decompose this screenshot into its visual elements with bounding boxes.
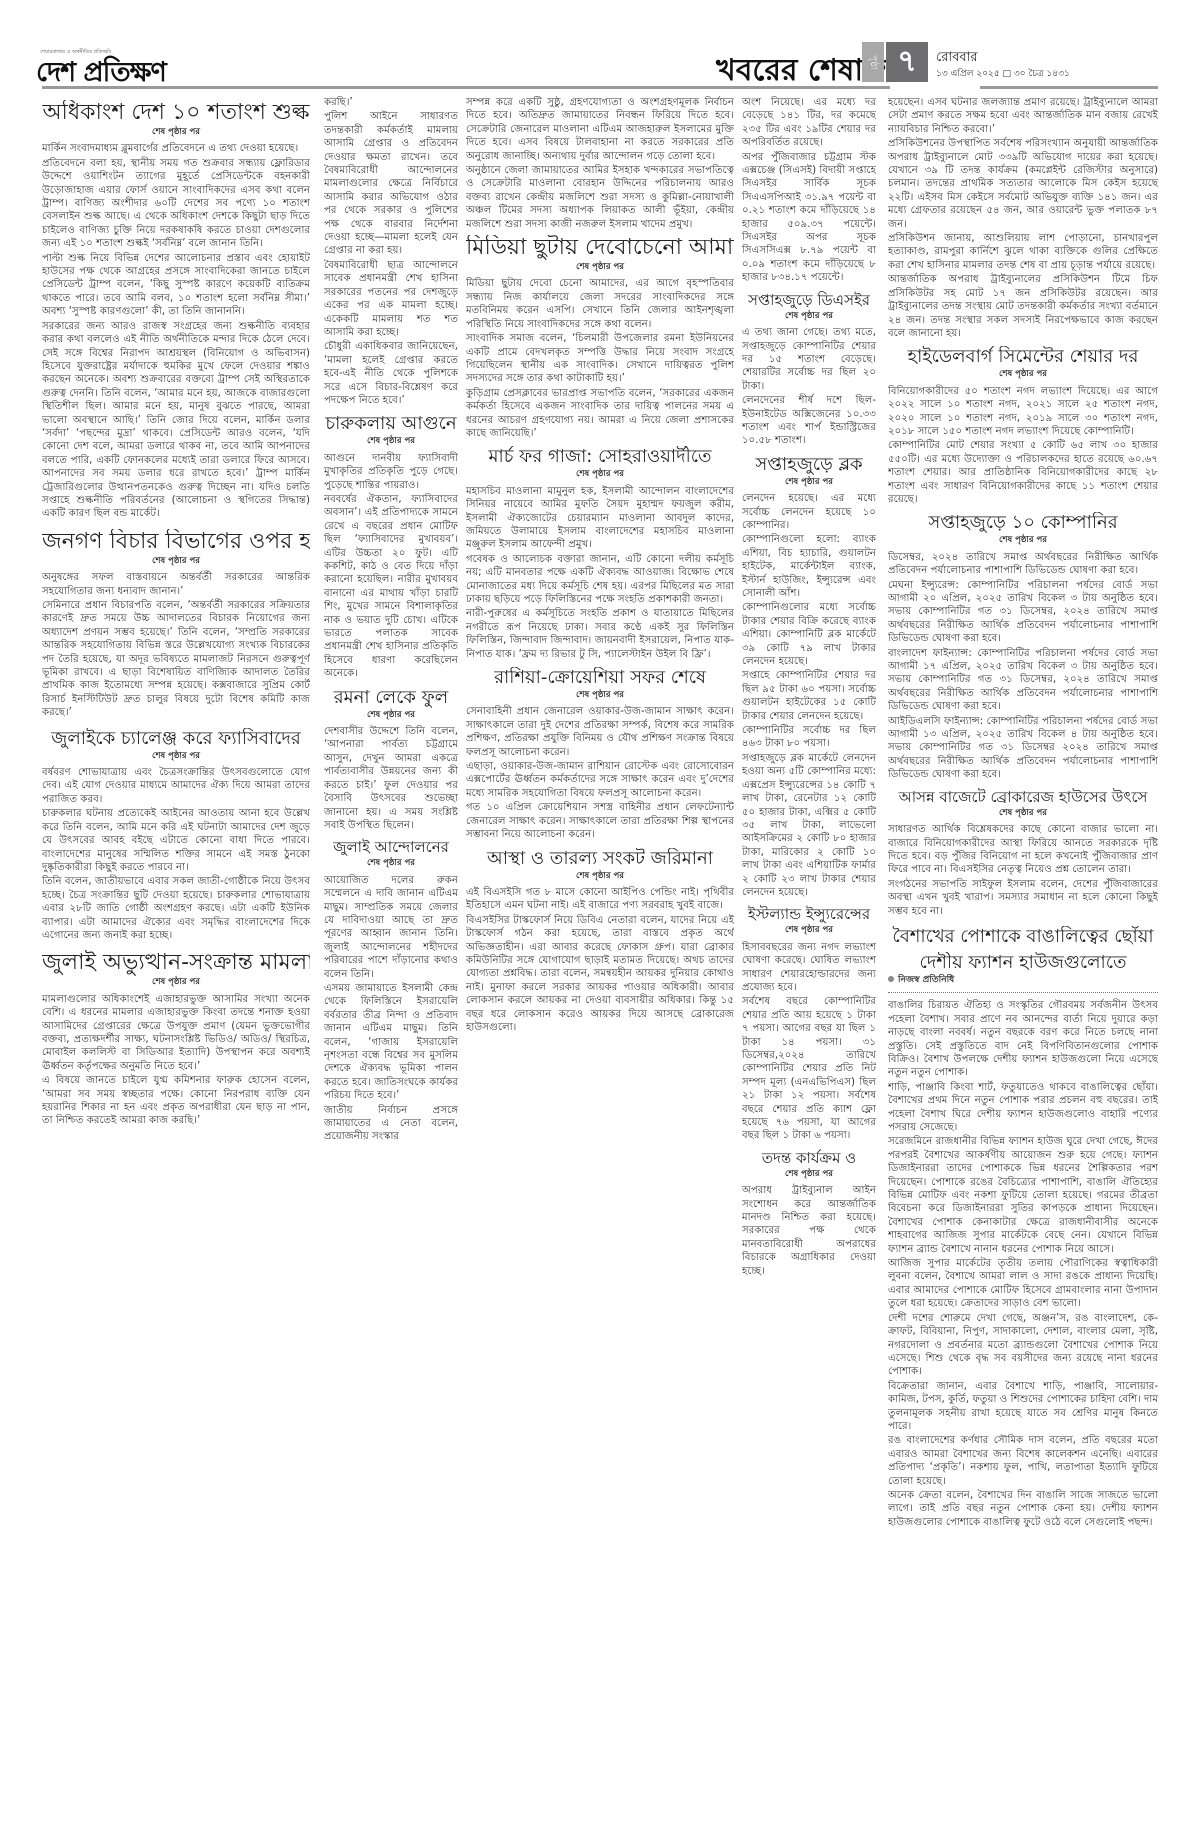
page-label: পৃষ্ঠা: [862, 42, 884, 82]
paragraph: প্রসিকিউশন জানায়, আশুলিয়ায় লাশ পোড়ান…: [888, 232, 1158, 272]
paragraph: সরেজমিনে রাজধানীর বিভিন্ন ফ্যাশন হাউজ ঘু…: [888, 1135, 1158, 1256]
continued-label: শেষ পৃষ্ঠার পর: [466, 468, 734, 481]
paragraph: সাংবাদিক সমাজ বলেন, ‘চিলমারী উপজেলার রমন…: [466, 332, 734, 386]
paragraph: মার্কিন সংবাদমাধ্যম ব্লুমবার্গের প্রতিবে…: [42, 142, 310, 155]
paragraph: মিডিয়া ছুটায় দেবো চেনো আমাদের, এর আগে …: [466, 277, 734, 331]
paragraph: সপ্তাহে কোম্পানিটির শেয়ার দর ছিল ৯৫ টাক…: [742, 669, 876, 723]
page-number: ৭: [886, 42, 928, 82]
column-5: হয়েছেন। এসব ঘটনার জলজ্যান্ত প্রমাণ রয়ে…: [888, 96, 1158, 1826]
headline-eastland[interactable]: ইস্টল্যান্ড ইন্স্যুরেন্সের: [742, 905, 876, 924]
byline-text: নিজস্ব প্রতিনিধি: [898, 975, 954, 985]
paragraph: অনেক ক্রেতা বলেন, বৈশাখের দিন বাঙালি সাজ…: [888, 1489, 1158, 1529]
article-confidence-crisis: আস্থা ও তারল্য সংকট জরিমানা শেষ পৃষ্ঠার …: [466, 848, 734, 1035]
paragraph: বিএসইসির টাস্কফোর্স নিয়ে ডিবিএ নেতারা ব…: [466, 914, 734, 1035]
paragraph: ডিসেম্বর, ২০২৪ তারিখে সমাপ্ত অর্থবছরের ন…: [888, 551, 1158, 578]
headline-fascism-challenge[interactable]: জুলাইকে চ্যালেঞ্জ করে ফ্যাসিবাদের: [42, 728, 310, 750]
paragraph: প্রতিবেদনে বলা হয়, স্থানীয় সময় গত শুক…: [42, 157, 310, 251]
paragraph: মামলাগুলোর অধিকাংশেই এজাহারভুক্ত আসামির …: [42, 993, 310, 1073]
article-block-market: সপ্তাহজুড়ে ব্লক শেষ পৃষ্ঠার পর লেনদেন হ…: [742, 454, 876, 900]
continued-label: শেষ পৃষ্ঠার পর: [742, 1168, 876, 1181]
paragraph: পাল্টা শুল্ক নিয়ে বিভিন্ন দেশের আলোচনার…: [42, 252, 310, 319]
paragraph: বাঙালির চিরায়ত ঐতিহ্য ও সংস্কৃতির গৌরবম…: [888, 999, 1158, 1079]
bullet-icon: [888, 976, 894, 982]
paragraph: অংশ নিয়েছে। এর মধ্যে দর বেড়েছে ১৪১ টির…: [742, 96, 876, 150]
paragraph: সপ্তাহজুড়ে ব্লক মার্কেটে লেনদেন হওয়া অ…: [742, 752, 876, 899]
paragraph: কোম্পানিগুলোর মধ্যে সর্বোচ্চ টাকার শেয়া…: [742, 601, 876, 668]
paragraph: চৌধুরী একাধিকবার জানিয়েছেন, ‘মামলা হলেই…: [324, 340, 458, 407]
article-heidelberg: হাইডেলবার্গ সিমেন্টের শেয়ার দর শেষ পৃষ্…: [888, 346, 1158, 506]
newspaper-logo[interactable]: দেশ প্রতিক্ষণ: [36, 52, 166, 97]
continued-label: শেষ পৃষ্ঠার পর: [888, 807, 1158, 820]
paragraph: অনুষ্ঠানে জেলা জামায়াতের আমির ইসহাক খন্…: [466, 164, 734, 231]
continued-label: শেষ পৃষ্ঠার পর: [466, 261, 734, 274]
paragraph: এসময় জামায়াতে ইসলামী কেন্দ্র থেকে ফিলি…: [324, 982, 458, 1103]
paragraph: গত ১০ এপ্রিল ক্রোয়েশিয়ান সশস্ত্র বাহিন…: [466, 801, 734, 841]
headline-july-uprising-cases[interactable]: জুলাই অভ্যুত্থান-সংক্রান্ত মামলায়: [42, 950, 310, 976]
paragraph: সংগঠনের সভাপতি সাইফুল ইসলাম বলেন, দেশের …: [888, 878, 1158, 918]
paragraph: প্রসিকিউশনের উপস্থাপিত সর্বশেষ পরিসংখ্যা…: [888, 137, 1158, 231]
article-tariff: অধিকাংশ দেশ ১০ শতাংশ শুল্ক শেষ পৃষ্ঠার প…: [42, 100, 310, 521]
paragraph: তিনি বলেন, জাতীয়ভাবে এবার সকল জাতী-গোষ্…: [42, 875, 310, 942]
headline-fashion-line2[interactable]: দেশীয় ফ্যাশন হাউজগুলোতে: [888, 952, 1158, 974]
paragraph: সর্বশেষ বছরে কোম্পানিটির শেয়ার প্রতি আয…: [742, 995, 876, 1142]
headline-ramna[interactable]: রমনা লেকে ফুল: [324, 687, 458, 709]
paragraph: নারী-পুরুষের এ কর্মসূচিতে সংহতি প্রকাশ ও…: [466, 607, 734, 661]
date: ১৩ এপ্রিল ২০২৫ □ ৩০ চৈত্র ১৪৩১: [936, 66, 1070, 81]
continued-label: শেষ পৃষ্ঠার পর: [42, 976, 310, 989]
paragraph: বিক্রেতারা জানান, এবার বৈশাখে শাড়ি, পাঞ…: [888, 1380, 1158, 1434]
paragraph: অপর পুঁজিবাজার চট্টগ্রাম স্টক এক্সচেঞ্জ …: [742, 151, 876, 285]
paragraph: নববর্ষের ঐকতান, ফ্যাসিবাদের অবসান’। এই প…: [324, 493, 458, 681]
article-eastland: ইস্টল্যান্ড ইন্স্যুরেন্সের শেষ পৃষ্ঠার প…: [742, 905, 876, 1143]
continued-label: শেষ পৃষ্ঠার পর: [324, 857, 458, 870]
article-charukola: চারুকলায় আগুনে শেষ পৃষ্ঠার পর আগুনে দান…: [324, 413, 458, 680]
continued-label: শেষ পৃষ্ঠার পর: [888, 534, 1158, 547]
article-july-movement: জুলাই আন্দোলনের শেষ পৃষ্ঠার পর আয়োজিত দ…: [324, 838, 458, 1144]
column-4: অংশ নিয়েছে। এর মধ্যে দর বেড়েছে ১৪১ টির…: [742, 96, 876, 1826]
paragraph: বর্ষবরণ শোভাযাত্রায় এবং চৈত্রসংক্রান্তি…: [42, 766, 310, 806]
headline-judiciary[interactable]: জনগণ বিচার বিভাগের ওপর হারানো: [42, 529, 310, 555]
continued-label: শেষ পৃষ্ঠার পর: [888, 368, 1158, 381]
headline-heidelberg[interactable]: হাইডেলবার্গ সিমেন্টের শেয়ার দর: [888, 346, 1158, 368]
paragraph: বৈষম্যবিরোধী ছাত্র আন্দোলনে সাবেক প্রধান…: [324, 259, 458, 339]
headline-dse-weekly[interactable]: সপ্তাহজুড়ে ডিএসইর: [742, 291, 876, 310]
paragraph: কোম্পানিটির মোট শেয়ার সংখ্যা ৫ কোটি ৬৫ …: [888, 439, 1158, 506]
paragraph: আগুনে দানবীয় ফ্যাসিবাদী মুখাকৃতির প্রতি…: [324, 452, 458, 492]
headline-investigation[interactable]: তদন্ত কার্যক্রম ও: [742, 1149, 876, 1168]
paragraph: কোম্পানিটির সর্বোচ্চ দর ছিল ৪৬৩ টাকা ৮০ …: [742, 724, 876, 751]
paragraph: মেঘনা ইন্স্যুরেন্স: কোম্পানিটির পরিচালনা…: [888, 579, 1158, 646]
paragraph: বাংলাদেশ ফাইন্যান্স: কোম্পানিটির পরিচালন…: [888, 647, 1158, 714]
article-media: মিডিয়া ছুটায় দেবোচেনো আমাদের শেষ পৃষ্ঠ…: [466, 235, 734, 440]
paragraph: হয়েছেন। এসব ঘটনার জলজ্যান্ত প্রমাণ রয়ে…: [888, 96, 1158, 136]
article-dse-weekly: সপ্তাহজুড়ে ডিএসইর শেষ পৃষ্ঠার পর এ তথ্য…: [742, 291, 876, 448]
paragraph: চারুকলার ঘটনায় প্রত্যেকেই আইনের আওতায় …: [42, 807, 310, 874]
headline-charukola[interactable]: চারুকলায় আগুনে: [324, 413, 458, 435]
paragraph: গবেষক ও আলোচক বক্তারা জানান, এটি কোনো দল…: [466, 553, 734, 607]
continued-label: শেষ পৃষ্ঠার পর: [42, 555, 310, 568]
continued-label: শেষ পৃষ্ঠার পর: [742, 310, 876, 323]
headline-confidence-crisis[interactable]: আস্থা ও তারল্য সংকট জরিমানা: [466, 848, 734, 870]
column-3: সম্পন্ন করে একটি সুষ্ঠু, গ্রহণযোগ্যতা ও …: [466, 96, 734, 1826]
continued-label: শেষ পৃষ্ঠার পর: [324, 435, 458, 448]
paragraph: শাড়ি, পাঞ্জাবি কিংবা শার্ট, ফতুয়াতেও থ…: [888, 1081, 1158, 1135]
paragraph: সম্পন্ন করে একটি সুষ্ঠু, গ্রহণযোগ্যতা ও …: [466, 96, 734, 163]
headline-russia-croatia[interactable]: রাশিয়া-ক্রোয়েশিয়া সফর শেষে: [466, 667, 734, 689]
article-russia-croatia: রাশিয়া-ক্রোয়েশিয়া সফর শেষে শেষ পৃষ্ঠা…: [466, 667, 734, 841]
article-ten-companies: সপ্তাহজুড়ে ১০ কোম্পানির শেষ পৃষ্ঠার পর …: [888, 512, 1158, 781]
paragraph: সাধারণত আর্থিক বিশ্লেষকদের কাছে কোনো বাজ…: [888, 823, 1158, 877]
continued-label: শেষ পৃষ্ঠার পর: [42, 750, 310, 763]
headline-block-market[interactable]: সপ্তাহজুড়ে ব্লক: [742, 454, 876, 476]
paragraph: রঙ বাংলাদেশের কর্ণধার সৌমিক দাস বলেন, প্…: [888, 1434, 1158, 1488]
continued-label: শেষ পৃষ্ঠার পর: [466, 689, 734, 702]
paragraph: আয়োজিত দলের রুকন সম্মেলনে এ দাবি জানান …: [324, 874, 458, 981]
header-divider-left: [42, 86, 890, 89]
paragraph: অপরাধ ট্রাইব্যুনাল আইন সংশোধন করে আন্তর্…: [742, 1184, 876, 1278]
headline-july-movement[interactable]: জুলাই আন্দোলনের: [324, 838, 458, 857]
paragraph: পুলিশ আইনে সাধারণত তদন্তকারী কর্মকর্তাই …: [324, 110, 458, 257]
continued-label: শেষ পৃষ্ঠার পর: [42, 126, 310, 139]
paragraph: আন্তর্জাতিক অপরাধ ট্রাইব্যুনালের প্রসিকি…: [888, 273, 1158, 340]
article-fascism-challenge: জুলাইকে চ্যালেঞ্জ করে ফ্যাসিবাদের শেষ পৃ…: [42, 728, 310, 943]
continued-label: শেষ পৃষ্ঠার পর: [466, 870, 734, 883]
paragraph: এছাড়া, ওয়াকার-উজ-জামান রাশিয়ান রোস্টে…: [466, 760, 734, 800]
paragraph: সেনাবাহিনী প্রধান জেনারেল ওয়াকার-উজ-জাম…: [466, 705, 734, 759]
article-ramna: রমনা লেকে ফুল শেষ পৃষ্ঠার পর দেশবাসীর উদ…: [324, 687, 458, 833]
article-march-gaza: মার্চ ফর গাজা: সোহরাওয়ার্দীতে শেষ পৃষ্ঠ…: [466, 446, 734, 661]
header-divider-right: [980, 86, 1158, 89]
headline-tariff[interactable]: অধিকাংশ দেশ ১০ শতাংশ শুল্ক: [42, 100, 310, 126]
column-2: করছি।’ পুলিশ আইনে সাধারণত তদন্তকারী কর্ম…: [324, 96, 458, 1826]
headline-media[interactable]: মিডিয়া ছুটায় দেবোচেনো আমাদের: [466, 235, 734, 261]
paragraph: দেশী দশের শোরুমে দেখা গেছে, অঞ্জন’স, রঙ …: [888, 1312, 1158, 1379]
continued-label: শেষ পৃষ্ঠার পর: [742, 924, 876, 937]
headline-fashion-line1[interactable]: বৈশাখের পোশাকে বাঙালিত্বের ছোঁয়া: [888, 926, 1158, 948]
paragraph: লেনদেনের শীর্ষ দশে ছিল- ইউনাইটেড অক্সিজে…: [742, 394, 876, 448]
paragraph: লেনদেন হয়েছে। এর মধ্যে সর্বোচ্চ লেনদেন …: [742, 492, 876, 532]
paragraph: আইডিএলসি ফাইন্যান্স: কোম্পানিটির পরিচালন…: [888, 715, 1158, 782]
headline-budget[interactable]: আসন্ন বাজেটে ব্রোকারেজ হাউসের উৎসে: [888, 788, 1158, 807]
article-budget: আসন্ন বাজেটে ব্রোকারেজ হাউসের উৎসে শেষ প…: [888, 788, 1158, 918]
headline-ten-companies[interactable]: সপ্তাহজুড়ে ১০ কোম্পানির: [888, 512, 1158, 534]
paragraph: হিসাববছরের জন্য নগদ লভ্যাংশ ঘোষণা করেছে।…: [742, 941, 876, 995]
byline: নিজস্ব প্রতিনিধি: [888, 974, 1158, 993]
column-1: অধিকাংশ দেশ ১০ শতাংশ শুল্ক শেষ পৃষ্ঠার প…: [42, 96, 310, 1826]
paragraph: দেশবাসীর উদ্দেশে তিনি বলেন, ‘আপনারা পার্…: [324, 725, 458, 832]
paragraph: বিনিয়োগকারীদের ৫০ শতাংশ নগদ লভ্যাংশ দিয…: [888, 385, 1158, 439]
paragraph: জাতীয় নির্বাচন প্রসঙ্গে জামায়াতের এ নে…: [324, 1104, 458, 1144]
paragraph: মহাসচিব মাওলানা মামুনুল হক, ইসলামী আন্দো…: [466, 485, 734, 552]
paragraph: এ বিষয়ে জানতে চাইলে যুগ্ম কমিশনার ফারুক…: [42, 1074, 310, 1128]
paragraph: সেমিনারে প্রধান বিচারপতি বলেন, ‘অন্তর্বর…: [42, 599, 310, 720]
continued-label: শেষ পৃষ্ঠার পর: [324, 709, 458, 722]
paragraph: অনুষঙ্গের সফল বাস্তবায়নে অন্তর্বর্তী সর…: [42, 571, 310, 598]
paragraph: এই বিএসইসি গত ৮ মাসে কোনো আইপিও পেন্ডিং …: [466, 886, 734, 913]
masthead: শেয়ারবাজার ও অর্থনীতির প্রতিচ্ছবি দেশ প…: [0, 0, 1200, 78]
article-investigation: তদন্ত কার্যক্রম ও শেষ পৃষ্ঠার পর অপরাধ ট…: [742, 1149, 876, 1278]
article-july-uprising-cases: জুলাই অভ্যুত্থান-সংক্রান্ত মামলায় শেষ প…: [42, 950, 310, 1127]
paragraph: আজিজ সুপার মার্কেটের তৃতীয় তলায় পৌরাণি…: [888, 1257, 1158, 1311]
paragraph: করছি।’: [324, 96, 458, 109]
paragraph: সরকারের জন্য আরও রাজস্ব সংগ্রহের জন্য শু…: [42, 320, 310, 521]
article-fashion: বৈশাখের পোশাকে বাঙালিত্বের ছোঁয়া দেশীয়…: [888, 926, 1158, 1529]
paragraph: এ তথ্য জানা গেছে। তথ্য মতে, সপ্তাহজুড়ে …: [742, 326, 876, 393]
continued-label: শেষ পৃষ্ঠার পর: [742, 476, 876, 489]
paragraph: কোম্পানিগুলো হলো: ব্যাংক এশিয়া, বিচ হ্য…: [742, 533, 876, 600]
headline-march-gaza[interactable]: মার্চ ফর গাজা: সোহরাওয়ার্দীতে: [466, 446, 734, 468]
article-judiciary: জনগণ বিচার বিভাগের ওপর হারানো শেষ পৃষ্ঠা…: [42, 529, 310, 720]
paragraph: কুড়িগ্রাম প্রেসক্লাবের ভারপ্রাপ্ত সভাপত…: [466, 387, 734, 441]
